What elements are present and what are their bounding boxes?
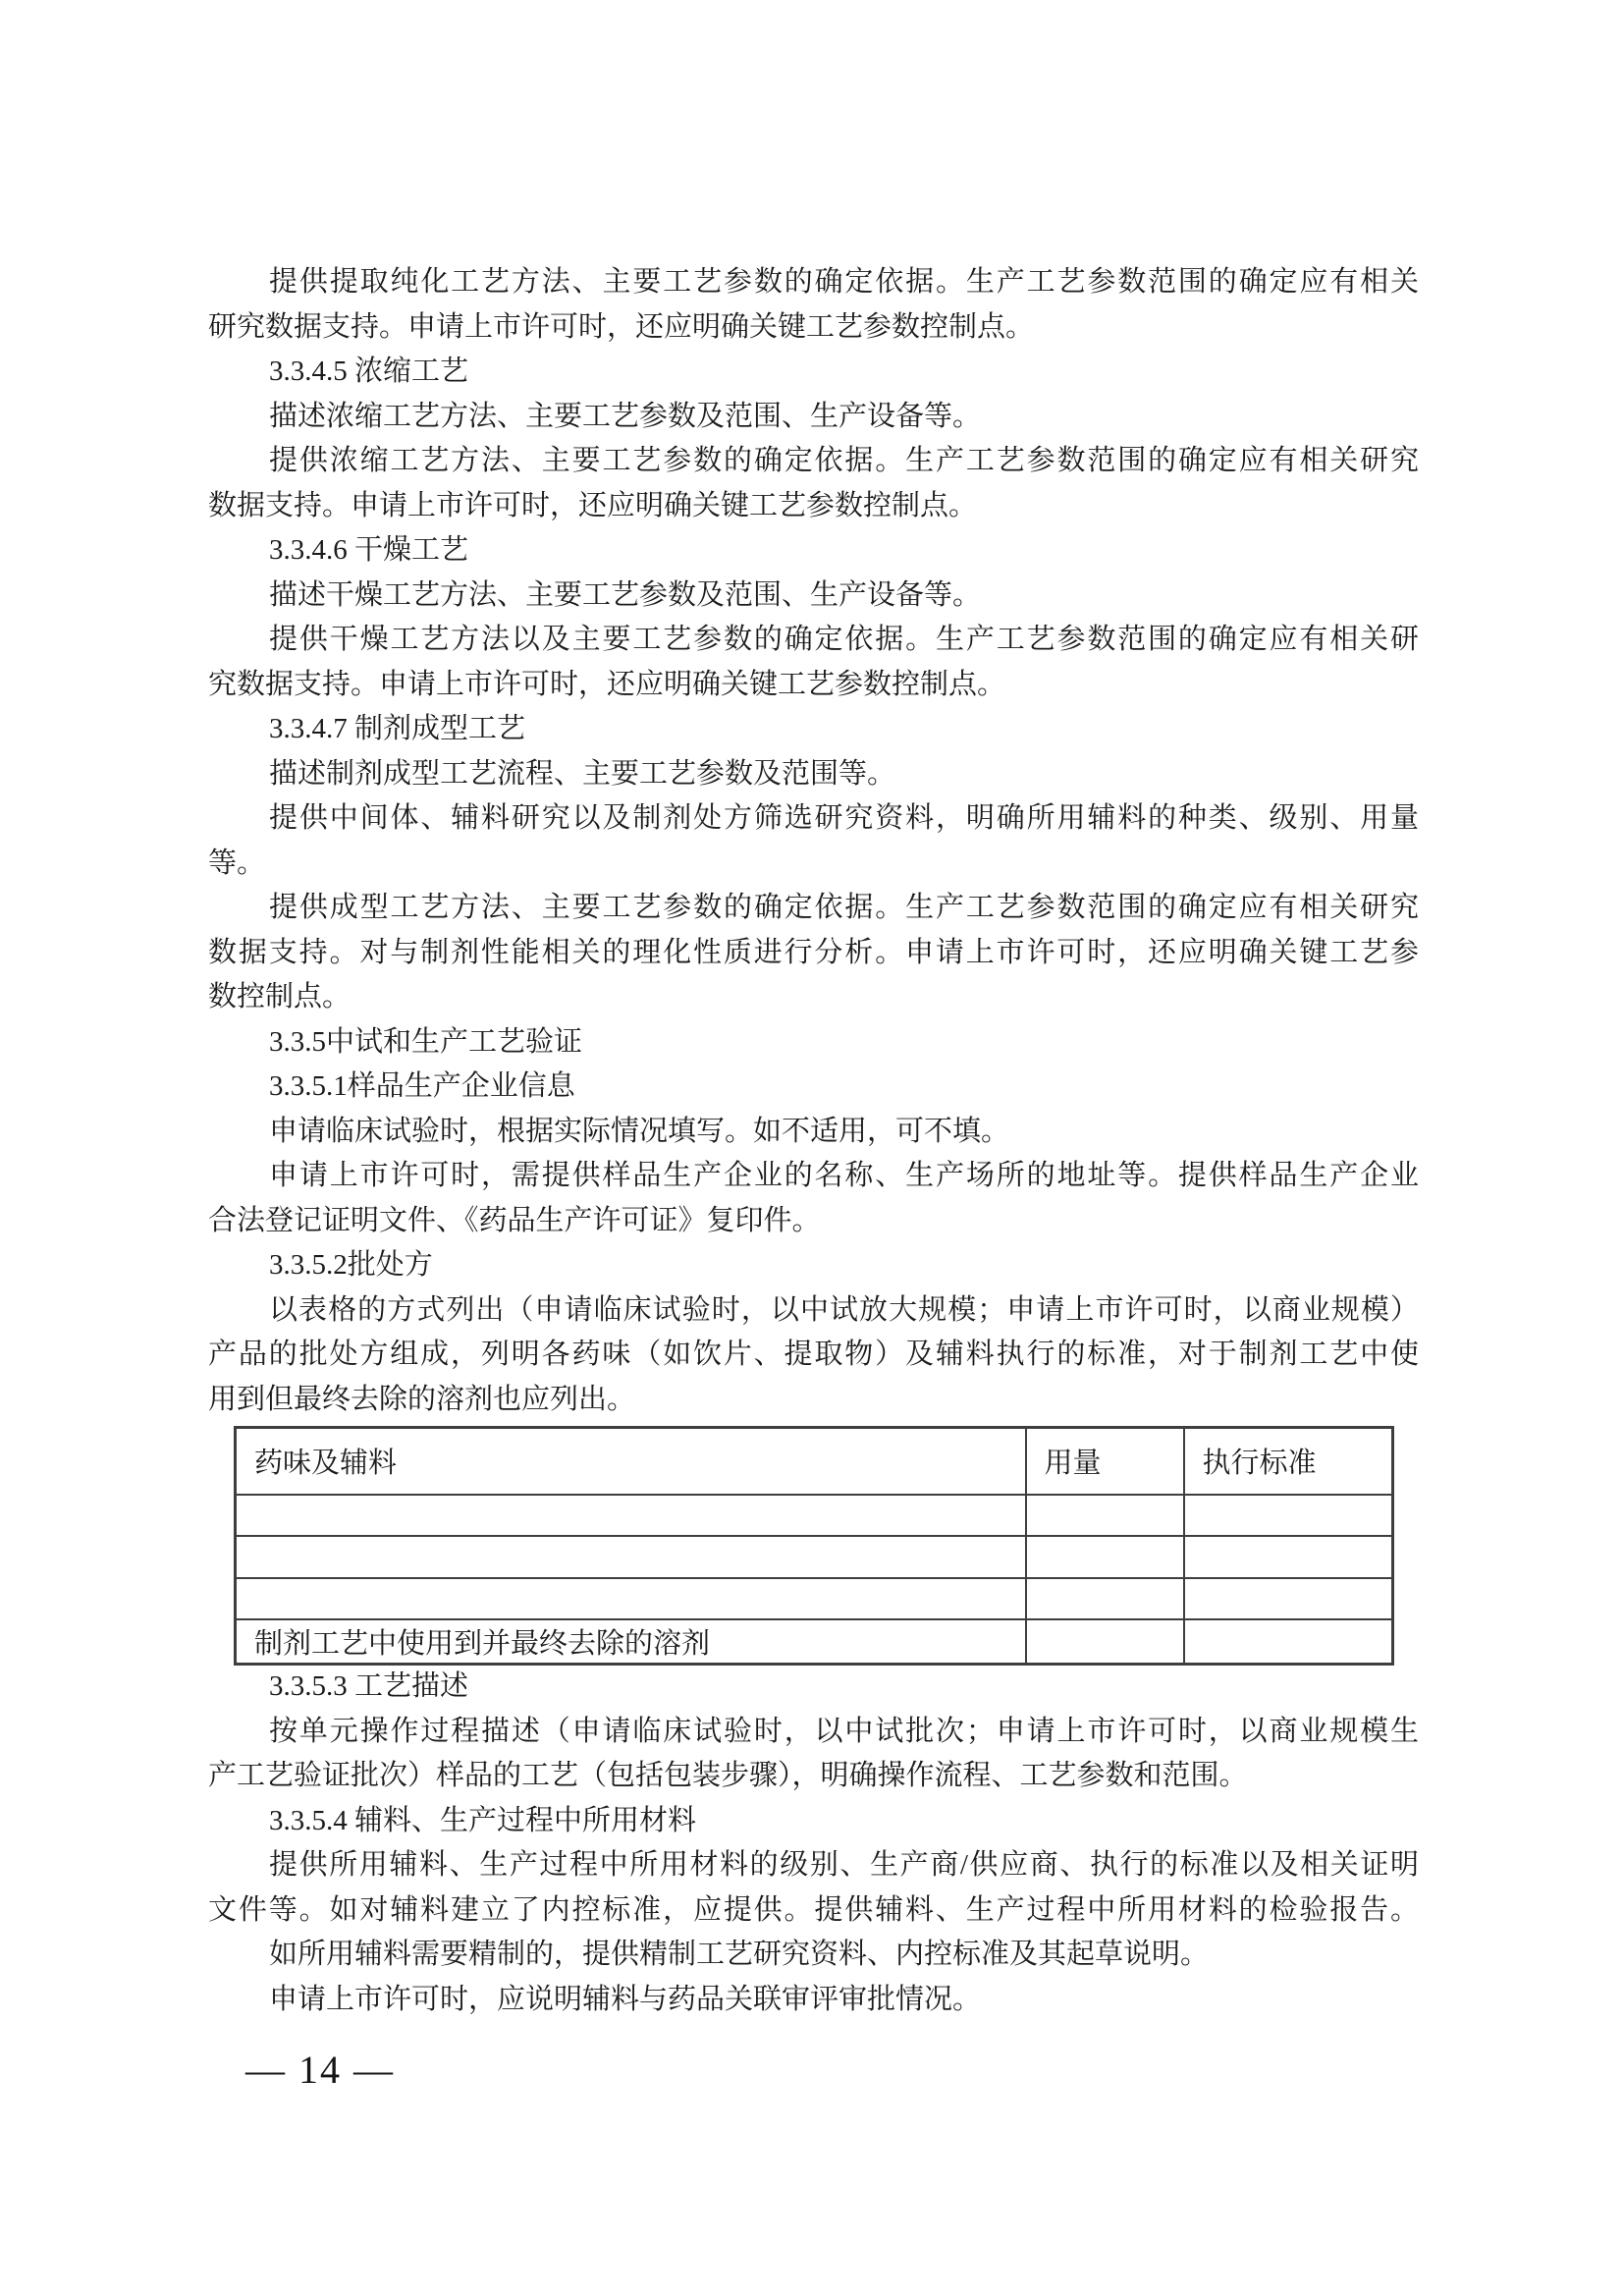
- paragraph-line: 描述浓缩工艺方法、主要工艺参数及范围、生产设备等。: [208, 395, 1419, 440]
- table-cell: [236, 1578, 1026, 1619]
- paragraph-line: 文件等。如对辅料建立了内控标准，应提供。提供辅料、生产过程中所用材料的检验报告。: [208, 1888, 1419, 1934]
- paragraph-line: 研究数据支持。申请上市许可时，还应明确关键工艺参数控制点。: [208, 305, 1419, 351]
- section-heading: 3.3.4.6 干燥工艺: [208, 528, 1419, 574]
- paragraph-line: 按单元操作过程描述（申请临床试验时，以中试批次；申请上市许可时，以商业规模生: [208, 1710, 1419, 1755]
- section-heading: 3.3.4.7 制剂成型工艺: [208, 707, 1419, 752]
- paragraph-line: 提供提取纯化工艺方法、主要工艺参数的确定依据。生产工艺参数范围的确定应有相关: [208, 260, 1419, 305]
- table-cell: [1184, 1495, 1393, 1536]
- table-header-cell: 用量: [1026, 1428, 1184, 1495]
- table-cell: [1026, 1619, 1184, 1665]
- table-cell: [1026, 1495, 1184, 1536]
- body-text-lower: 3.3.5.3 工艺描述 按单元操作过程描述（申请临床试验时，以中试批次；申请上…: [208, 1665, 1419, 2022]
- paragraph-line: 提供成型工艺方法、主要工艺参数的确定依据。生产工艺参数范围的确定应有相关研究: [208, 886, 1419, 931]
- paragraph-line: 等。: [208, 842, 1419, 887]
- table-header-row: 药味及辅料 用量 执行标准: [236, 1428, 1393, 1495]
- table-header-cell: 执行标准: [1184, 1428, 1393, 1495]
- table-cell: [1026, 1578, 1184, 1619]
- table-cell: [1184, 1619, 1393, 1665]
- table-cell: 制剂工艺中使用到并最终去除的溶剂: [236, 1619, 1026, 1665]
- paragraph-line: 数据支持。申请上市许可时，还应明确关键工艺参数控制点。: [208, 484, 1419, 529]
- document-page: 提供提取纯化工艺方法、主要工艺参数的确定依据。生产工艺参数范围的确定应有相关 研…: [0, 0, 1623, 2296]
- table-cell: [1026, 1536, 1184, 1578]
- section-heading: 3.3.5.3 工艺描述: [208, 1665, 1419, 1710]
- section-heading: 3.3.5.2批处方: [208, 1243, 1419, 1288]
- paragraph-line: 申请上市许可时，需提供样品生产企业的名称、生产场所的地址等。提供样品生产企业: [208, 1154, 1419, 1199]
- paragraph-line: 数据支持。对与制剂性能相关的理化性质进行分析。申请上市许可时，还应明确关键工艺参: [208, 931, 1419, 976]
- paragraph-line: 用到但最终去除的溶剂也应列出。: [208, 1378, 1419, 1423]
- table-cell: [1184, 1536, 1393, 1578]
- paragraph-line: 究数据支持。申请上市许可时，还应明确关键工艺参数控制点。: [208, 663, 1419, 708]
- page-number: — 14 —: [245, 2045, 395, 2096]
- table-row: [236, 1578, 1393, 1619]
- paragraph-line: 产品的批处方组成，列明各药味（如饮片、提取物）及辅料执行的标准，对于制剂工艺中使: [208, 1333, 1419, 1378]
- paragraph-line: 产工艺验证批次）样品的工艺（包括包装步骤），明确操作流程、工艺参数和范围。: [208, 1754, 1419, 1799]
- section-heading: 3.3.5.4 辅料、生产过程中所用材料: [208, 1799, 1419, 1844]
- batch-formula-table: 药味及辅料 用量 执行标准 制剂工艺中使用到并最终去除的溶剂: [234, 1426, 1394, 1666]
- paragraph-line: 申请上市许可时，应说明辅料与药品关联审评审批情况。: [208, 1978, 1419, 2023]
- table-cell: [236, 1536, 1026, 1578]
- table-row: [236, 1495, 1393, 1536]
- section-heading: 3.3.5.1样品生产企业信息: [208, 1065, 1419, 1110]
- table-cell: [1184, 1578, 1393, 1619]
- paragraph-line: 合法登记证明文件、《药品生产许可证》复印件。: [208, 1199, 1419, 1244]
- body-text-upper: 提供提取纯化工艺方法、主要工艺参数的确定依据。生产工艺参数范围的确定应有相关 研…: [208, 260, 1419, 1422]
- paragraph-line: 描述制剂成型工艺流程、主要工艺参数及范围等。: [208, 752, 1419, 797]
- section-heading: 3.3.4.5 浓缩工艺: [208, 350, 1419, 395]
- table-cell: [236, 1495, 1026, 1536]
- paragraph-line: 以表格的方式列出（申请临床试验时，以中试放大规模；申请上市许可时，以商业规模）: [208, 1288, 1419, 1334]
- paragraph-line: 申请临床试验时，根据实际情况填写。如不适用，可不填。: [208, 1110, 1419, 1155]
- paragraph-line: 如所用辅料需要精制的，提供精制工艺研究资料、内控标准及其起草说明。: [208, 1933, 1419, 1978]
- section-heading: 3.3.5中试和生产工艺验证: [208, 1020, 1419, 1066]
- paragraph-line: 数控制点。: [208, 975, 1419, 1020]
- paragraph-line: 提供浓缩工艺方法、主要工艺参数的确定依据。生产工艺参数范围的确定应有相关研究: [208, 439, 1419, 484]
- paragraph-line: 提供所用辅料、生产过程中所用材料的级别、生产商/供应商、执行的标准以及相关证明: [208, 1843, 1419, 1888]
- table-header-cell: 药味及辅料: [236, 1428, 1026, 1495]
- paragraph-line: 提供干燥工艺方法以及主要工艺参数的确定依据。生产工艺参数范围的确定应有相关研: [208, 618, 1419, 663]
- paragraph-line: 提供中间体、辅料研究以及制剂处方筛选研究资料，明确所用辅料的种类、级别、用量: [208, 796, 1419, 842]
- table-row-solvents: 制剂工艺中使用到并最终去除的溶剂: [236, 1619, 1393, 1665]
- paragraph-line: 描述干燥工艺方法、主要工艺参数及范围、生产设备等。: [208, 574, 1419, 619]
- table-row: [236, 1536, 1393, 1578]
